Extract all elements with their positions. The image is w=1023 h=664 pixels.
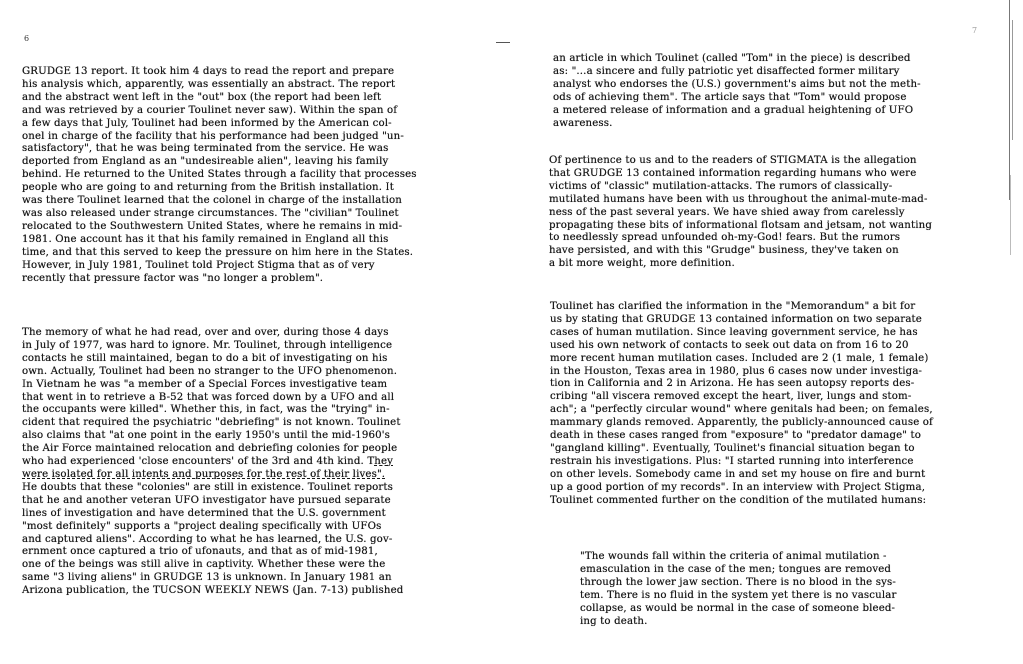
text-line: and was retrieved by a courier Toulinet …: [22, 105, 417, 118]
text-line: cident that required the psychiatric "de…: [22, 417, 403, 430]
text-line: mammary glands removed. Apparently, the …: [550, 417, 933, 430]
text-line: satisfactory", that he was being termina…: [22, 143, 417, 156]
scan-mark: [496, 42, 510, 43]
paragraph: GRUDGE 13 report. It took him 4 days to …: [22, 66, 417, 285]
text-line: emasculation in the case of the men; ton…: [580, 564, 897, 577]
text-line: tion in California and 2 in Arizona. He …: [550, 378, 933, 391]
text-line: to needlessly spread unfounded oh-my-God…: [549, 232, 932, 245]
text-line: was there Toulinet learned that the colo…: [22, 195, 417, 208]
paragraph: The memory of what he had read, over and…: [22, 327, 403, 598]
text-line: an article in which Toulinet (called "To…: [553, 53, 921, 66]
text-line: and captured aliens". According to what …: [22, 534, 403, 547]
text-line: Arizona publication, the TUCSON WEEKLY N…: [22, 585, 403, 598]
text-line: same "3 living aliens" in GRUDGE 13 is u…: [22, 572, 403, 585]
text-line: The memory of what he had read, over and…: [22, 327, 403, 340]
text-line: own. Actually, Toulinet had been no stra…: [22, 366, 403, 379]
text-line: ach"; a "perfectly circular wound" where…: [550, 404, 933, 417]
text-line: the occupants were killed". Whether this…: [22, 404, 403, 417]
text-line: However, in July 1981, Toulinet told Pro…: [22, 260, 417, 273]
text-line: us by stating that GRUDGE 13 contained i…: [550, 314, 933, 327]
text-line: more recent human mutilation cases. Incl…: [550, 353, 933, 366]
left-page: 6 GRUDGE 13 report. It took him 4 days t…: [0, 0, 512, 664]
text-line: ing to death.: [580, 616, 897, 629]
text-line: "The wounds fall within the criteria of …: [580, 551, 897, 564]
text-line: GRUDGE 13 report. It took him 4 days to …: [22, 66, 417, 79]
text-line: death in these cases ranged from "exposu…: [550, 430, 933, 443]
text-line: time, and that this served to keep the p…: [22, 247, 417, 260]
page-edge-shadow: [1009, 0, 1010, 200]
text-line: ernment once captured a trio of ufonauts…: [22, 546, 403, 559]
text-line: mutilated humans have been with us throu…: [549, 194, 932, 207]
paragraph: an article in which Toulinet (called "To…: [553, 53, 921, 130]
text-line: through the lower jaw section. There is …: [580, 577, 897, 590]
text-line: collapse, as would be normal in the case…: [580, 603, 897, 616]
text-line: a metered release of information and a g…: [553, 105, 921, 118]
text-line: 1981. One account has it that his family…: [22, 234, 417, 247]
text-line: were isolated for all intents and purpos…: [22, 469, 403, 482]
page-edge-shadow: [1012, 20, 1013, 140]
text-line: also claims that "at one point in the ea…: [22, 430, 403, 443]
text-line: and the abstract went left in the "out" …: [22, 92, 417, 105]
text-line: on other levels. Somebody came in and se…: [550, 469, 933, 482]
text-line: recently that pressure factor was "no lo…: [22, 273, 417, 286]
text-line: that went in to retrieve a B-52 that was…: [22, 392, 403, 405]
text-line: lines of investigation and have determin…: [22, 508, 403, 521]
text-line: up a good portion of my records". In an …: [550, 482, 933, 495]
text-line: the Air Force maintained relocation and …: [22, 443, 403, 456]
text-line: in July of 1977, was hard to ignore. Mr.…: [22, 340, 403, 353]
text-line: as: "...a sincere and fully patriotic ye…: [553, 66, 921, 79]
text-line: Of pertinence to us and to the readers o…: [549, 155, 932, 168]
text-line: restrain his investigations. Plus: "I st…: [550, 456, 933, 469]
text-line: a bit more weight, more definition.: [549, 258, 932, 271]
text-line: behind. He returned to the United States…: [22, 169, 417, 182]
text-line: In Vietnam he was "a member of a Special…: [22, 379, 403, 392]
text-line: one of the beings was still alive in cap…: [22, 559, 403, 572]
text-line: a few days that July, Toulinet had been …: [22, 118, 417, 131]
text-line: analyst who endorses the (U.S.) governme…: [553, 79, 921, 92]
text-line: propagating these bits of informational …: [549, 220, 932, 233]
text-line: "most definitely" supports a "project de…: [22, 521, 403, 534]
text-line: onel in charge of the facility that his …: [22, 131, 417, 144]
text-line: victims of "classic" mutilation-attacks.…: [549, 181, 932, 194]
text-line: people who are going to and returning fr…: [22, 182, 417, 195]
text-line: was also released under strange circumst…: [22, 208, 417, 221]
text-line: tem. There is no fluid in the system yet…: [580, 590, 897, 603]
text-line: in the Houston, Texas area in 1980, plus…: [550, 366, 933, 379]
text-line: "gangland killing". Eventually, Toulinet…: [550, 443, 933, 456]
block-quote: "The wounds fall within the criteria of …: [580, 551, 897, 628]
text-line: cases of human mutilation. Since leaving…: [550, 327, 933, 340]
text-line: his analysis which, apparently, was esse…: [22, 79, 417, 92]
text-line: have persisted, and with this "Grudge" b…: [549, 245, 932, 258]
text-line: who had experienced 'close encounters' o…: [22, 456, 403, 469]
text-line: relocated to the Southwestern United Sta…: [22, 221, 417, 234]
text-line: deported from England as an "undesireabl…: [22, 156, 417, 169]
text-line: Toulinet has clarified the information i…: [550, 301, 933, 314]
text-line: Toulinet commented further on the condit…: [550, 495, 933, 508]
page-number: 7: [972, 26, 977, 35]
paragraph: Toulinet has clarified the information i…: [550, 301, 933, 508]
text-line: used his own network of contacts to seek…: [550, 340, 933, 353]
text-line: awareness.: [553, 118, 921, 131]
text-line: ness of the past several years. We have …: [549, 207, 932, 220]
right-page: 7 an article in which Toulinet (called "…: [512, 0, 1023, 664]
text-line: He doubts that these "colonies" are stil…: [22, 482, 403, 495]
page-number: 6: [24, 34, 29, 43]
page-edge-shadow: [1010, 175, 1011, 255]
text-line: ods of achieving them". The article says…: [553, 92, 921, 105]
text-line: that GRUDGE 13 contained information reg…: [549, 168, 932, 181]
paragraph: Of pertinence to us and to the readers o…: [549, 155, 932, 271]
text-line: cribing "all viscera removed except the …: [550, 391, 933, 404]
text-line: that he and another veteran UFO investig…: [22, 495, 403, 508]
text-line: contacts he still maintained, began to d…: [22, 353, 403, 366]
